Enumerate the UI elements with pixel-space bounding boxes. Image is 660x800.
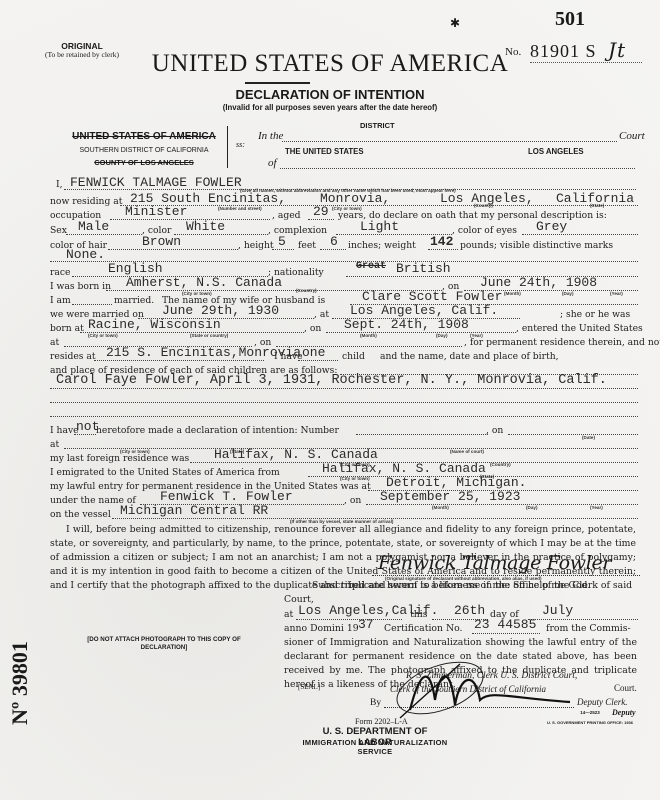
- color-value: White: [186, 219, 225, 234]
- sworn-year-value: 37: [358, 618, 374, 632]
- in-the-label: In the: [258, 130, 283, 142]
- venue-block: UNITED STATES OF AMERICA SOUTHERN DISTRI…: [60, 131, 228, 167]
- gpo-imprint: U. S. GOVERNMENT PRINTING OFFICE: 1936: [535, 720, 645, 725]
- form-number: Form 2202–L-A: [355, 717, 408, 726]
- children-list-row: Carol Faye Fowler, April 3, 1931, Roches…: [50, 372, 638, 392]
- sworn-year-row: anno Domini 19 37 Certification No. 23 4…: [284, 622, 637, 636]
- blank-line-1: [50, 402, 638, 403]
- service-name: IMMIGRATION AND NATURALIZATION SERVICE: [290, 738, 460, 756]
- occupation-value: Minister: [125, 204, 187, 219]
- document-subtitle: DECLARATION OF INTENTION: [0, 87, 660, 102]
- nationality-struck: Great: [356, 261, 386, 272]
- venue-district: SOUTHERN DISTRICT OF CALIFORNIA: [60, 147, 228, 154]
- declaration-of-intention-document: ✱ 501 No. 81901 S Jt ORIGINAL (To be ret…: [0, 0, 660, 800]
- eyes-value: Grey: [536, 219, 567, 234]
- certification-label: Certification No.: [384, 622, 463, 636]
- court-name: THE UNITED STATES: [285, 147, 364, 156]
- print-code: 14—2523: [535, 710, 645, 715]
- vessel-row: on the vessel Michigan Central RR (If ot…: [50, 502, 638, 520]
- court-label: Court: [619, 130, 645, 142]
- sworn-month-line: [528, 619, 638, 620]
- sex-value: Male: [78, 219, 109, 234]
- address-city: Monrovia,: [320, 191, 390, 206]
- serial-number-value: Nº 39801: [7, 623, 33, 743]
- deputy-clerk-label: Deputy Clerk.: [577, 697, 627, 707]
- full-name-caption: (Give all names, without abbreviation an…: [240, 188, 456, 193]
- court-city: LOS ANGELES: [528, 147, 584, 156]
- declarant-signature: Fenwick Talmage Fowler: [378, 552, 611, 574]
- sworn-at-label: at: [284, 608, 293, 622]
- page-title: UNITED STATES OF AMERICA: [0, 50, 660, 78]
- of-line: [280, 168, 635, 169]
- vessel-value: Michigan Central RR: [120, 503, 268, 518]
- sworn-month-value: July: [542, 604, 573, 618]
- sworn-day-value: 26th: [454, 604, 485, 618]
- certification-line: [472, 633, 540, 634]
- complexion-value: Light: [360, 219, 399, 234]
- title-divider: [245, 82, 310, 84]
- seal-label: [SEAL]: [298, 683, 320, 691]
- children-list-value: Carol Faye Fowler, April 3, 1931, Roches…: [56, 373, 607, 388]
- age-value: 29: [313, 204, 329, 219]
- venue-struck-line: UNITED STATES OF AMERICA: [60, 131, 228, 142]
- court-word: Court.: [614, 683, 637, 693]
- court-line: [282, 141, 617, 142]
- star-mark: ✱: [450, 16, 460, 31]
- district-label: DISTRICT: [360, 121, 395, 130]
- sworn-place-row: at Los Angeles,Calif. this 26th day of J…: [284, 608, 637, 622]
- children-list-line: [50, 388, 638, 389]
- validity-note: (Invalid for all purposes seven years af…: [0, 103, 660, 112]
- anno-domini-label: anno Domini 19: [284, 622, 359, 636]
- certification-number: 23 44585: [474, 618, 536, 632]
- venue-county: COUNTY OF LOS ANGELES: [60, 158, 228, 167]
- sworn-this-label: this: [410, 608, 427, 622]
- serial-number: Nº 39801: [0, 640, 40, 730]
- certification-suffix: from the Commis-: [546, 622, 631, 636]
- ss-label: ss:: [236, 140, 245, 149]
- blank-line-2: [50, 416, 638, 417]
- top-stamp-number: 501: [555, 8, 585, 31]
- sworn-place-line: [296, 619, 402, 620]
- photo-note: [DO NOT ATTACH PHOTOGRAPH TO THIS COPY O…: [84, 636, 244, 652]
- blank-row-1: [50, 392, 638, 406]
- of-label: of: [268, 157, 277, 169]
- venue-brace: [227, 126, 228, 168]
- vessel-label: on the vessel: [50, 509, 111, 520]
